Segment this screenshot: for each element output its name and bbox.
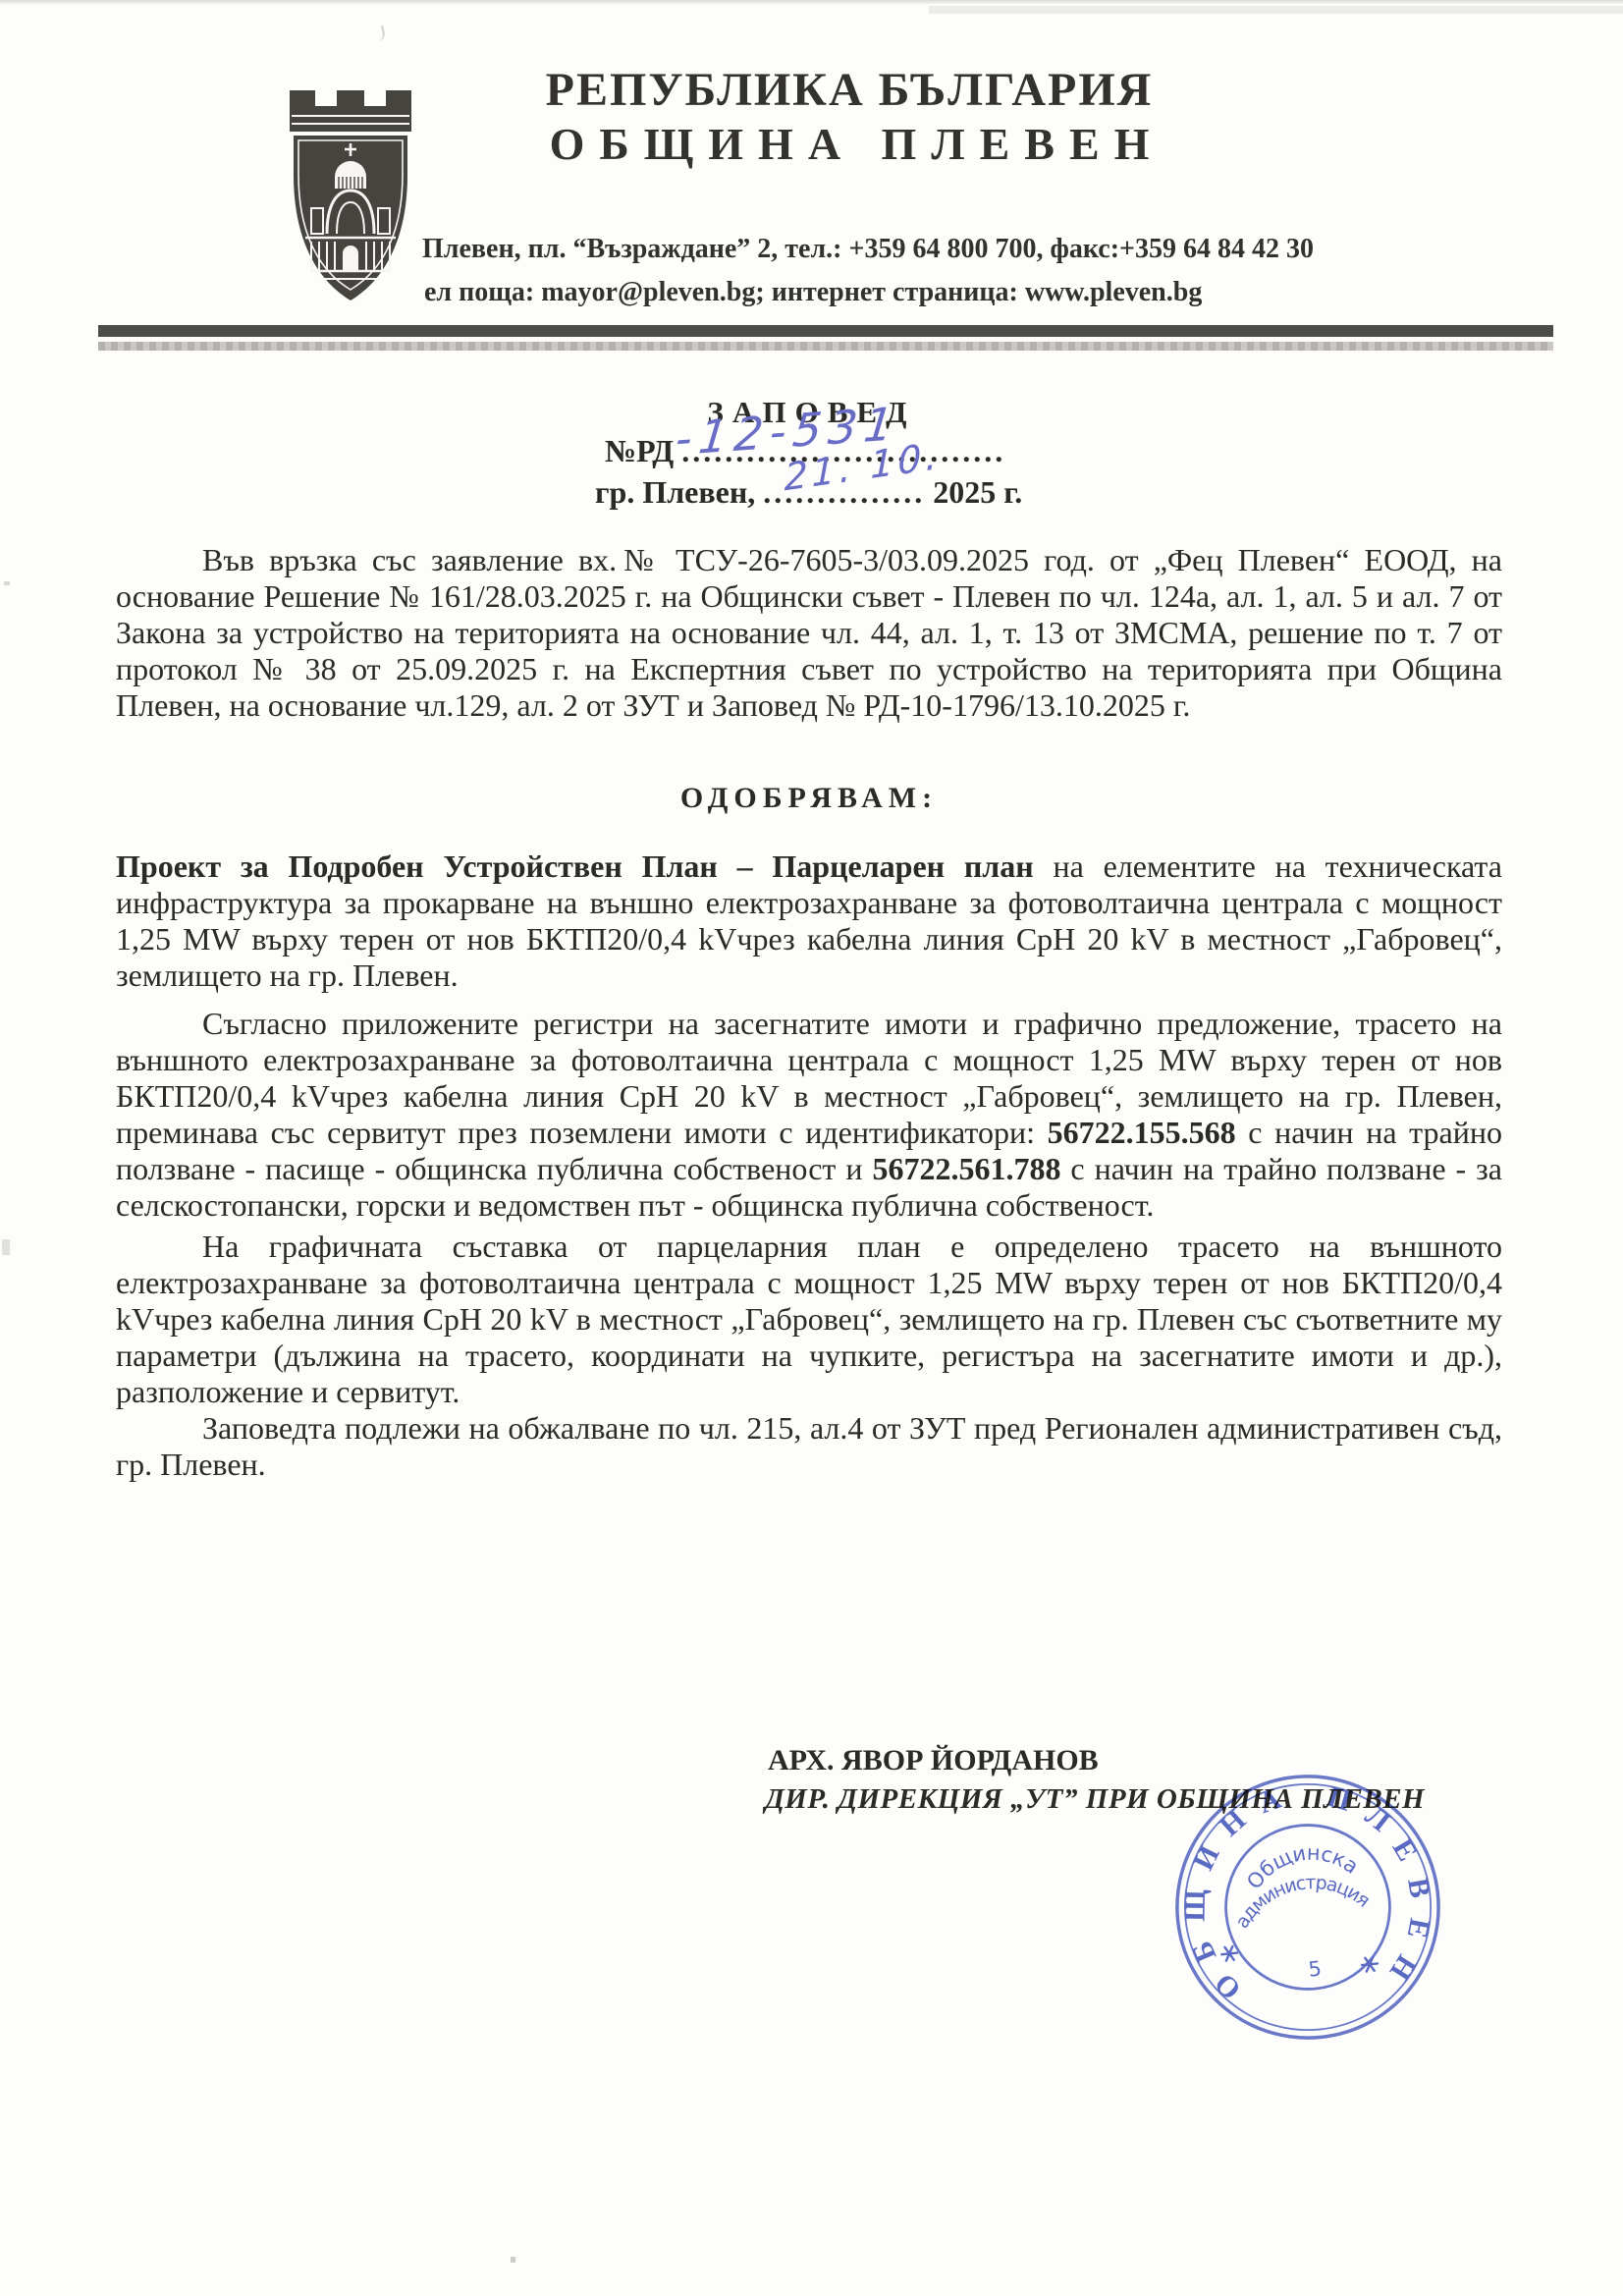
municipal-stamp: ОБЩИНА ПЛЕВЕН Общинска администрация 5 [1153, 1752, 1464, 2063]
address-line: Плевен, пл. “Възраждане” 2, тел.: +359 6… [422, 234, 1314, 265]
scan-speck [2, 1239, 10, 1255]
parcel-id-1: 56722.155.568 [1048, 1115, 1236, 1150]
stamp-number: 5 [1307, 1956, 1323, 1981]
document-page: РЕПУБЛИКА БЪЛГАРИЯ ОБЩИНА ПЛЕВЕН Плевен,… [0, 0, 1623, 2296]
parcel-id-2: 56722.561.788 [872, 1151, 1060, 1186]
order-year: 2025 г. [933, 474, 1022, 510]
project-title-bold: Проект за Подробен Устройствен План – Па… [116, 848, 1034, 884]
signatory-name: АРХ. ЯВОР ЙОРДАНОВ [768, 1744, 1099, 1777]
paragraph-graphic: На графичната съставка от парцеларния пл… [116, 1229, 1502, 1410]
paragraph-preamble: Във връзка със заявление вх.№ ТСУ-26-760… [116, 542, 1502, 724]
appeal-text: Заповедта подлежи на обжалване по чл. 21… [116, 1410, 1502, 1482]
paragraph-registers: Съгласно приложените регистри на засегна… [116, 1006, 1502, 1224]
scan-edge-shadow [0, 0, 1623, 5]
preamble-text: Във връзка със заявление вх.№ ТСУ-26-760… [116, 542, 1502, 723]
scan-edge-band [929, 6, 1623, 14]
municipality-title: ОБЩИНА ПЛЕВЕН [403, 118, 1296, 170]
order-body: Във връзка със заявление вх.№ ТСУ-26-760… [116, 542, 1502, 1483]
republic-title: РЕПУБЛИКА БЪЛГАРИЯ [403, 63, 1296, 117]
order-place-prefix: гр. Плевен, [595, 474, 755, 510]
order-number-prefix: №РД [605, 433, 674, 468]
divider-bar-thick [98, 325, 1553, 337]
scan-speck [4, 581, 10, 585]
pleven-coat-of-arms-icon [282, 69, 419, 304]
approve-heading: ОДОБРЯВАМ: [116, 780, 1502, 816]
paragraph-appeal: Заповедта подлежи на обжалване по чл. 21… [116, 1410, 1502, 1483]
paragraph-project: Проект за Подробен Устройствен План – Па… [116, 848, 1502, 994]
contact-line: ел поща: mayor@pleven.bg; интернет стран… [424, 277, 1202, 308]
graphic-text: На графичната съставка от парцеларния пл… [116, 1229, 1502, 1409]
scan-speck [511, 2257, 515, 2263]
stamp-star-left [1220, 1946, 1237, 1961]
divider-bar-grainy [98, 342, 1553, 351]
scan-artifact-mark [372, 26, 386, 42]
